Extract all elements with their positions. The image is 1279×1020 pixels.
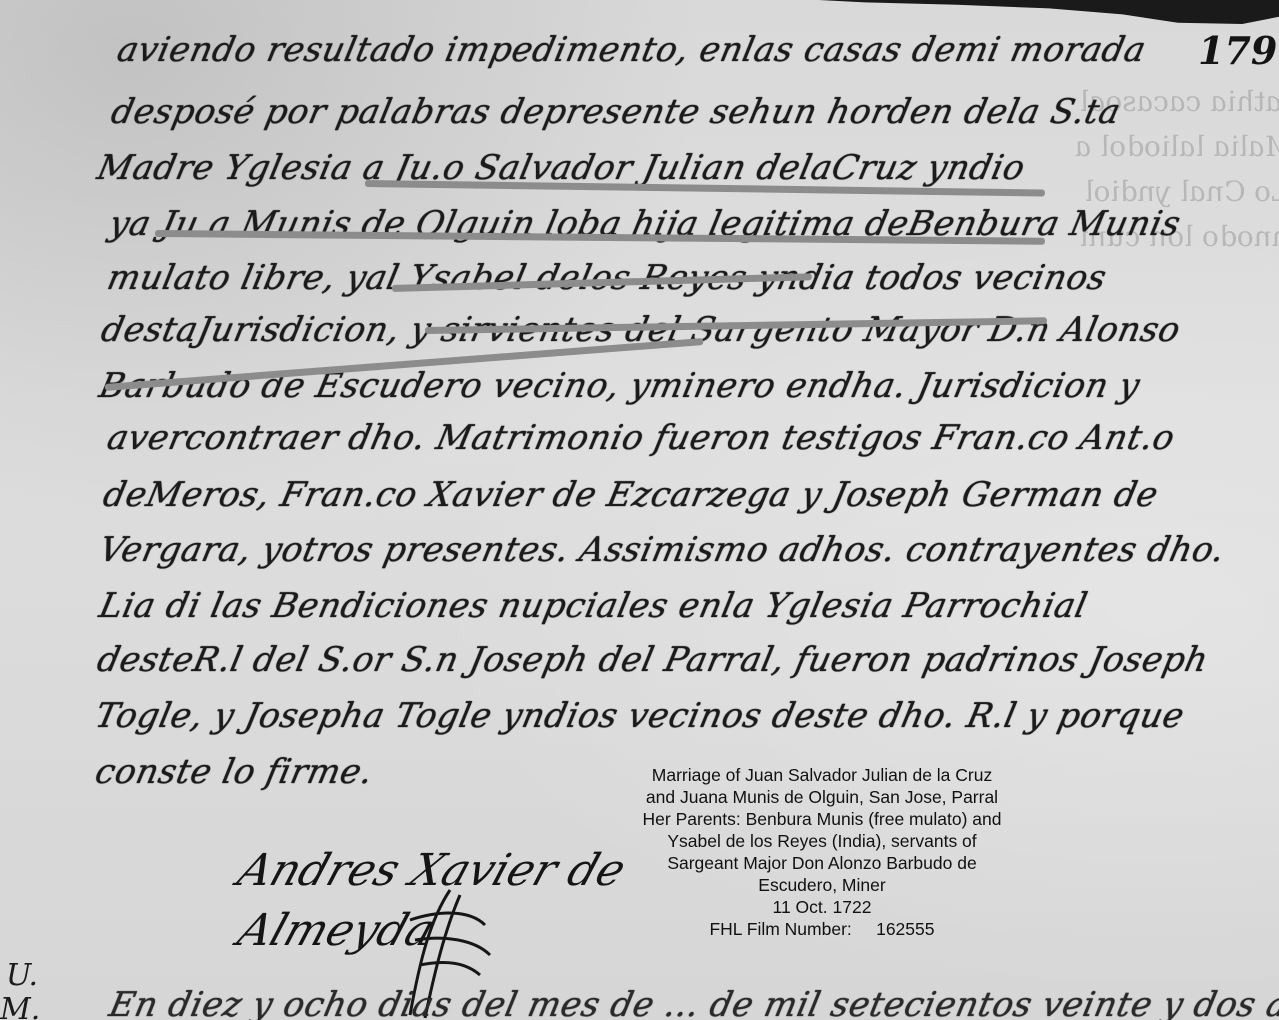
film-number-value: 162555 (876, 919, 934, 939)
caption-line-5: Sargeant Major Don Alonzo Barbudo de (592, 852, 1052, 874)
manuscript-line-8: avercontraer dho. Matrimonio fueron test… (104, 418, 1179, 458)
manuscript-page: 179 Mathia cacasoal Malia laliodol a Lo … (0, 0, 1279, 1020)
bottom-partial-line: En diez y ocho dias del mes de ... de mi… (106, 985, 1279, 1020)
caption-block: Marriage of Juan Salvador Julian de la C… (592, 764, 1052, 940)
margin-mark: M. (0, 992, 40, 1020)
manuscript-line-1: aviendo resultado impedimento, enlas cas… (114, 30, 1150, 70)
manuscript-line-2: desposé por palabras depresente sehun ho… (108, 92, 1125, 132)
margin-mark: U. (6, 958, 38, 993)
torn-page-edge (819, 0, 1279, 24)
caption-date: 11 Oct. 1722 (592, 896, 1052, 918)
manuscript-line-9: deMeros, Fran.co Xavier de Ezcarzega y J… (100, 475, 1162, 515)
manuscript-line-10: Vergara, yotros presentes. Assimismo adh… (96, 530, 1229, 570)
caption-line-2: and Juana Munis de Olguin, San Jose, Par… (592, 786, 1052, 808)
caption-film-number: FHL Film Number: 162555 (592, 918, 1052, 940)
film-number-label: FHL Film Number: (709, 919, 851, 939)
bleed-through-text: Malia laliodol a (1072, 130, 1279, 163)
manuscript-line-12: desteR.l del S.or S.n Joseph del Parral,… (94, 640, 1212, 680)
caption-line-4: Ysabel de los Reyes (India), servants of (592, 830, 1052, 852)
manuscript-line-14: conste lo firme. (92, 752, 377, 792)
caption-line-1: Marriage of Juan Salvador Julian de la C… (592, 764, 1052, 786)
manuscript-line-11: Lia di las Bendiciones nupciales enla Yg… (96, 586, 1091, 626)
manuscript-line-13: Togle, y Josepha Togle yndios vecinos de… (92, 696, 1188, 736)
caption-line-6: Escudero, Miner (592, 874, 1052, 896)
caption-line-3: Her Parents: Benbura Munis (free mulato)… (592, 808, 1052, 830)
page-number: 179 (1198, 28, 1277, 73)
